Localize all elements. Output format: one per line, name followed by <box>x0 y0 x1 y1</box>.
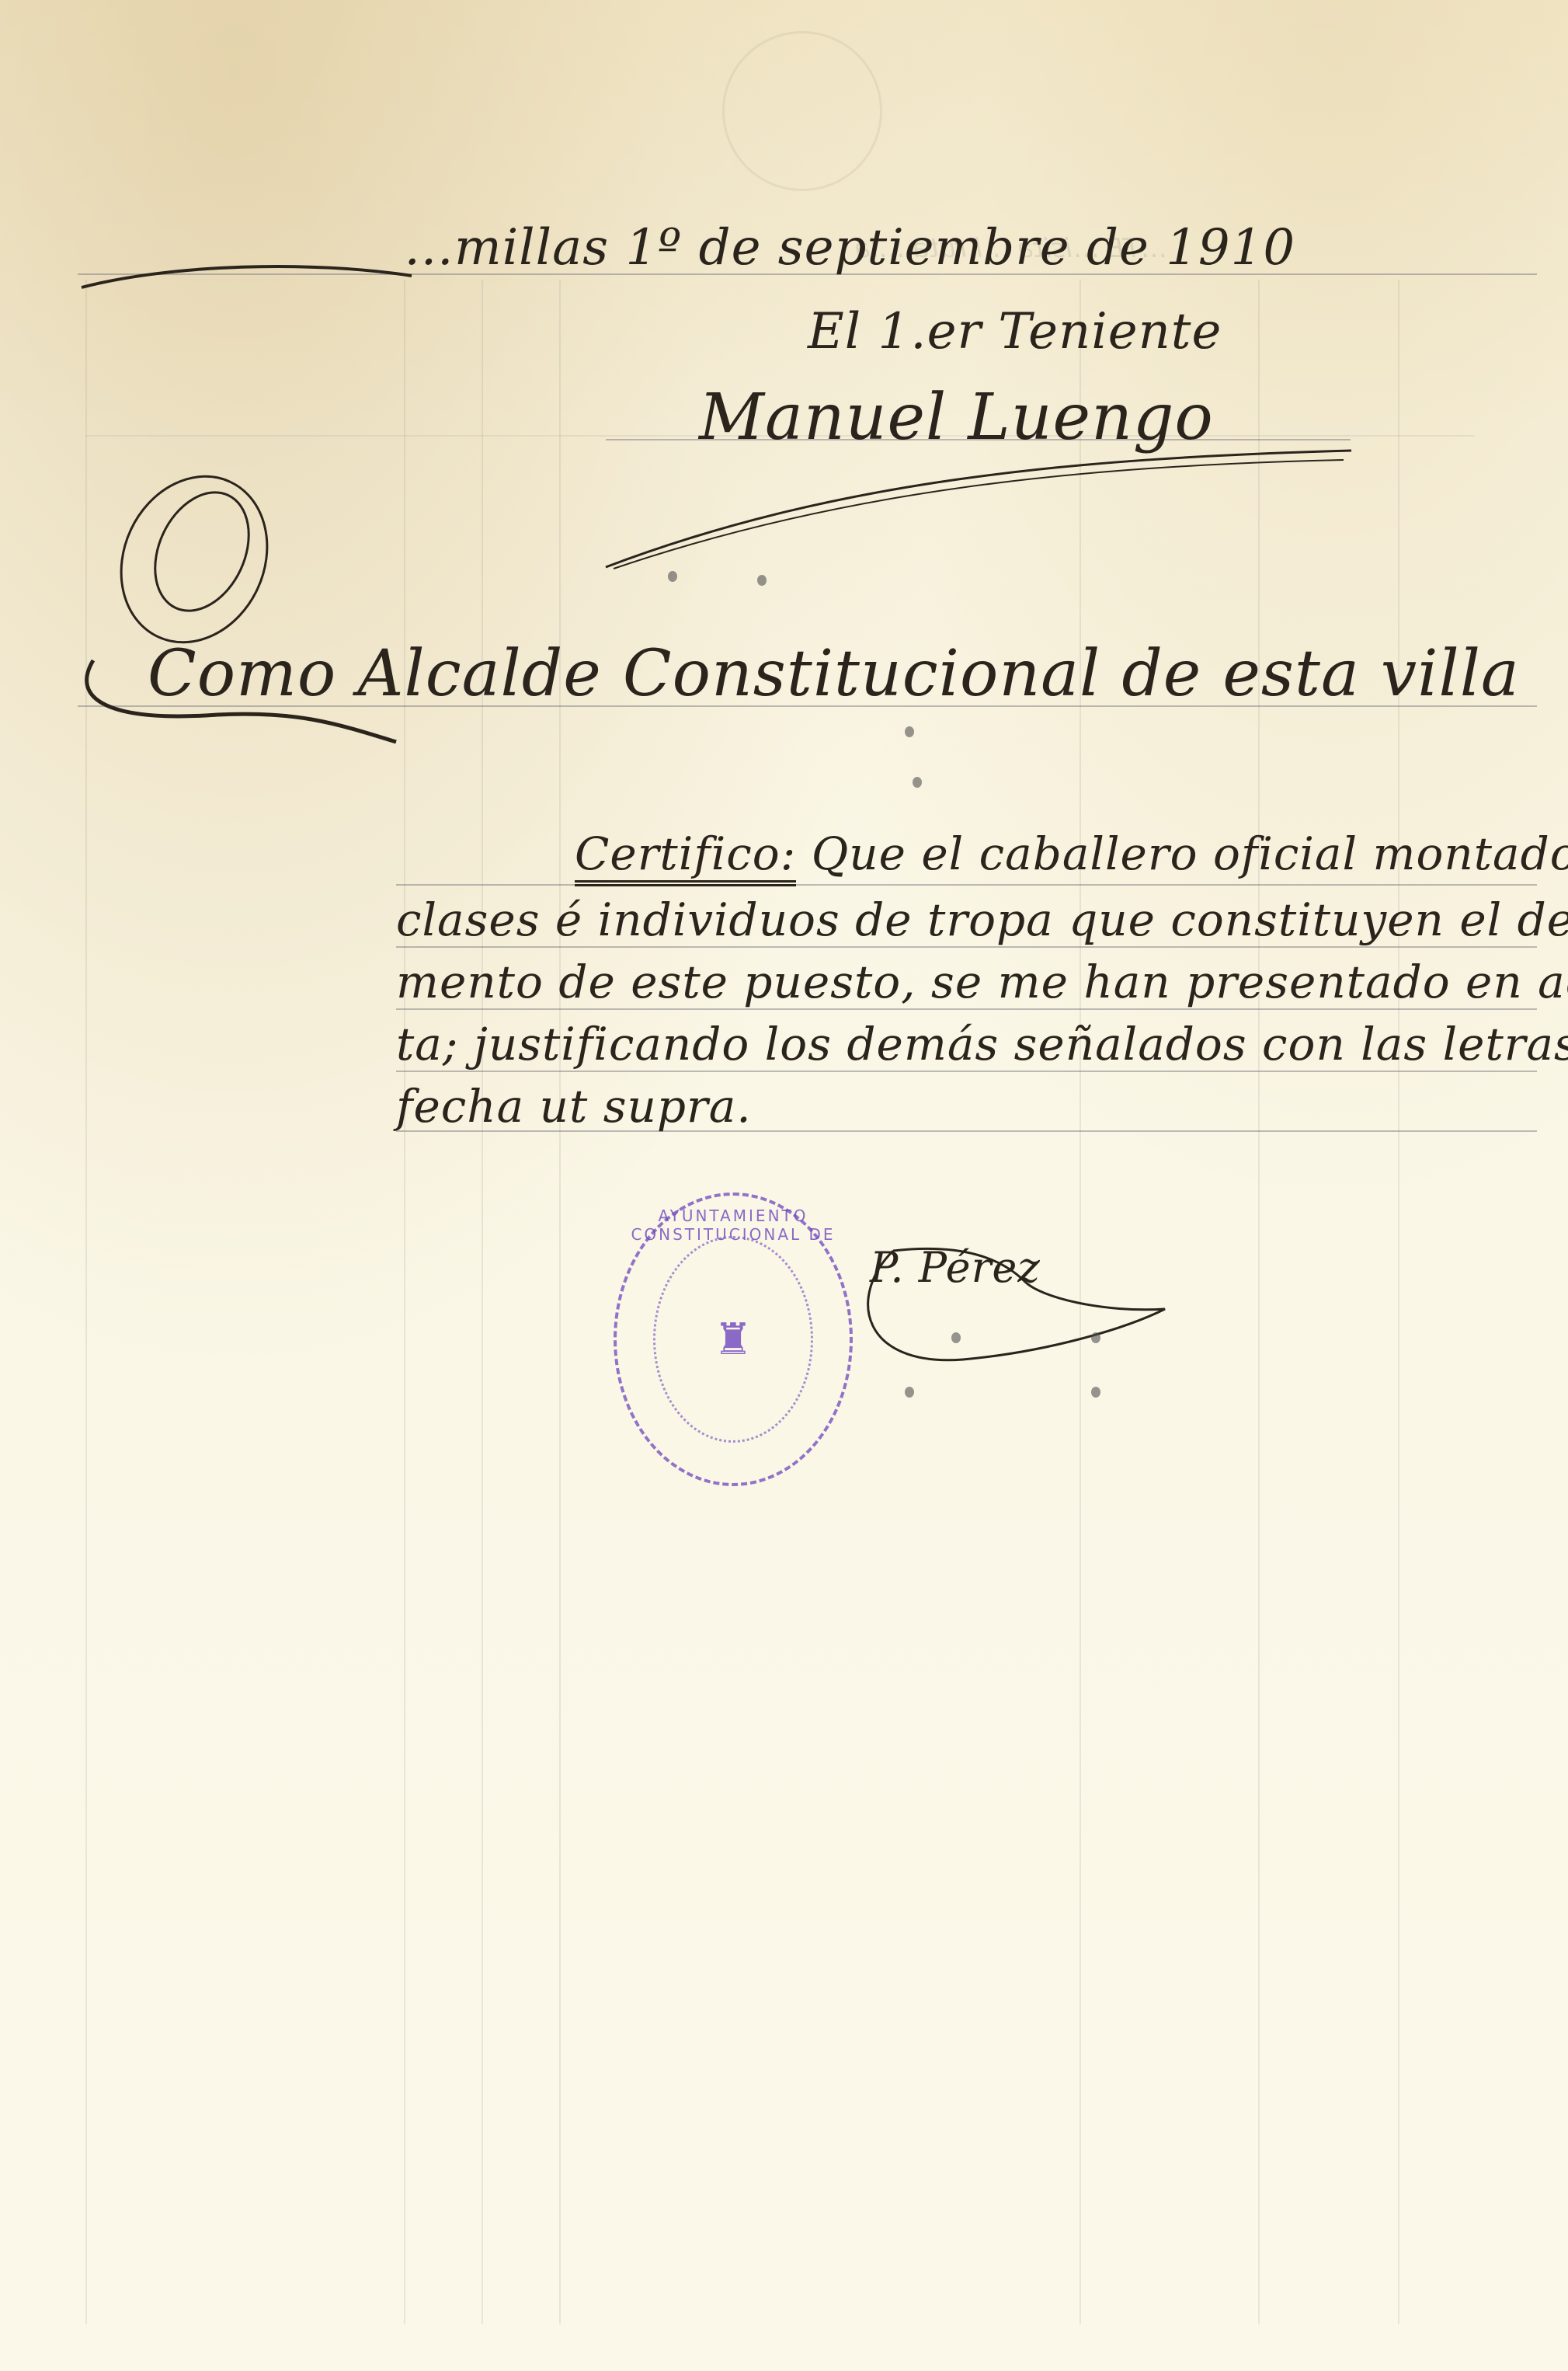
ruled-line <box>396 1008 1537 1010</box>
municipal-seal: AYUNTAMIENTO CONSTITUCIONAL DE ♜ <box>614 1192 853 1486</box>
punch-dot <box>1091 1387 1100 1398</box>
ruled-line <box>396 884 1537 886</box>
officer-title: El 1.er Teniente <box>808 303 1222 360</box>
ghost-column-line <box>482 280 483 2324</box>
certifico-label: Certifico: Que el caballero oficial mont… <box>575 827 1568 880</box>
certifico-label-text: Certifico: <box>575 827 796 886</box>
ghost-column-line <box>1398 280 1399 2324</box>
ruled-line <box>396 1071 1537 1072</box>
seal-emblem-icon: ♜ <box>653 1236 813 1443</box>
paper-background <box>0 0 1568 2371</box>
ruled-line <box>396 946 1537 948</box>
body-line-5: fecha ut supra. <box>396 1080 752 1133</box>
punch-dot <box>951 1332 961 1343</box>
ghost-column-line <box>1258 280 1260 2324</box>
body-line-2: clases é individuos de tropa que constit… <box>396 893 1568 946</box>
punch-dot <box>757 575 767 586</box>
body-line-1: Que el caballero oficial montado, <box>812 827 1568 880</box>
body-line-4: ta; justificando los demás señalados con… <box>396 1018 1568 1071</box>
ghost-column-line <box>559 280 561 2324</box>
date-line: …millas 1º de septiembre de 1910 <box>404 219 1295 277</box>
seal-text: AYUNTAMIENTO CONSTITUCIONAL DE <box>617 1206 850 1244</box>
punch-dot <box>905 726 914 737</box>
punch-dot <box>1091 1332 1100 1343</box>
date-flourish <box>78 256 419 295</box>
punch-dot <box>913 777 922 788</box>
punch-dot <box>668 571 677 582</box>
mayor-signature-flourish <box>847 1235 1173 1375</box>
faint-top-stamp <box>722 31 882 191</box>
body-line-3: mento de este puesto, se me han presenta… <box>396 956 1568 1008</box>
signature-flourish <box>598 435 1359 575</box>
punch-dot <box>905 1387 914 1398</box>
heading-alcalde: Como Alcalde Constitucional de esta vill… <box>148 637 1520 711</box>
